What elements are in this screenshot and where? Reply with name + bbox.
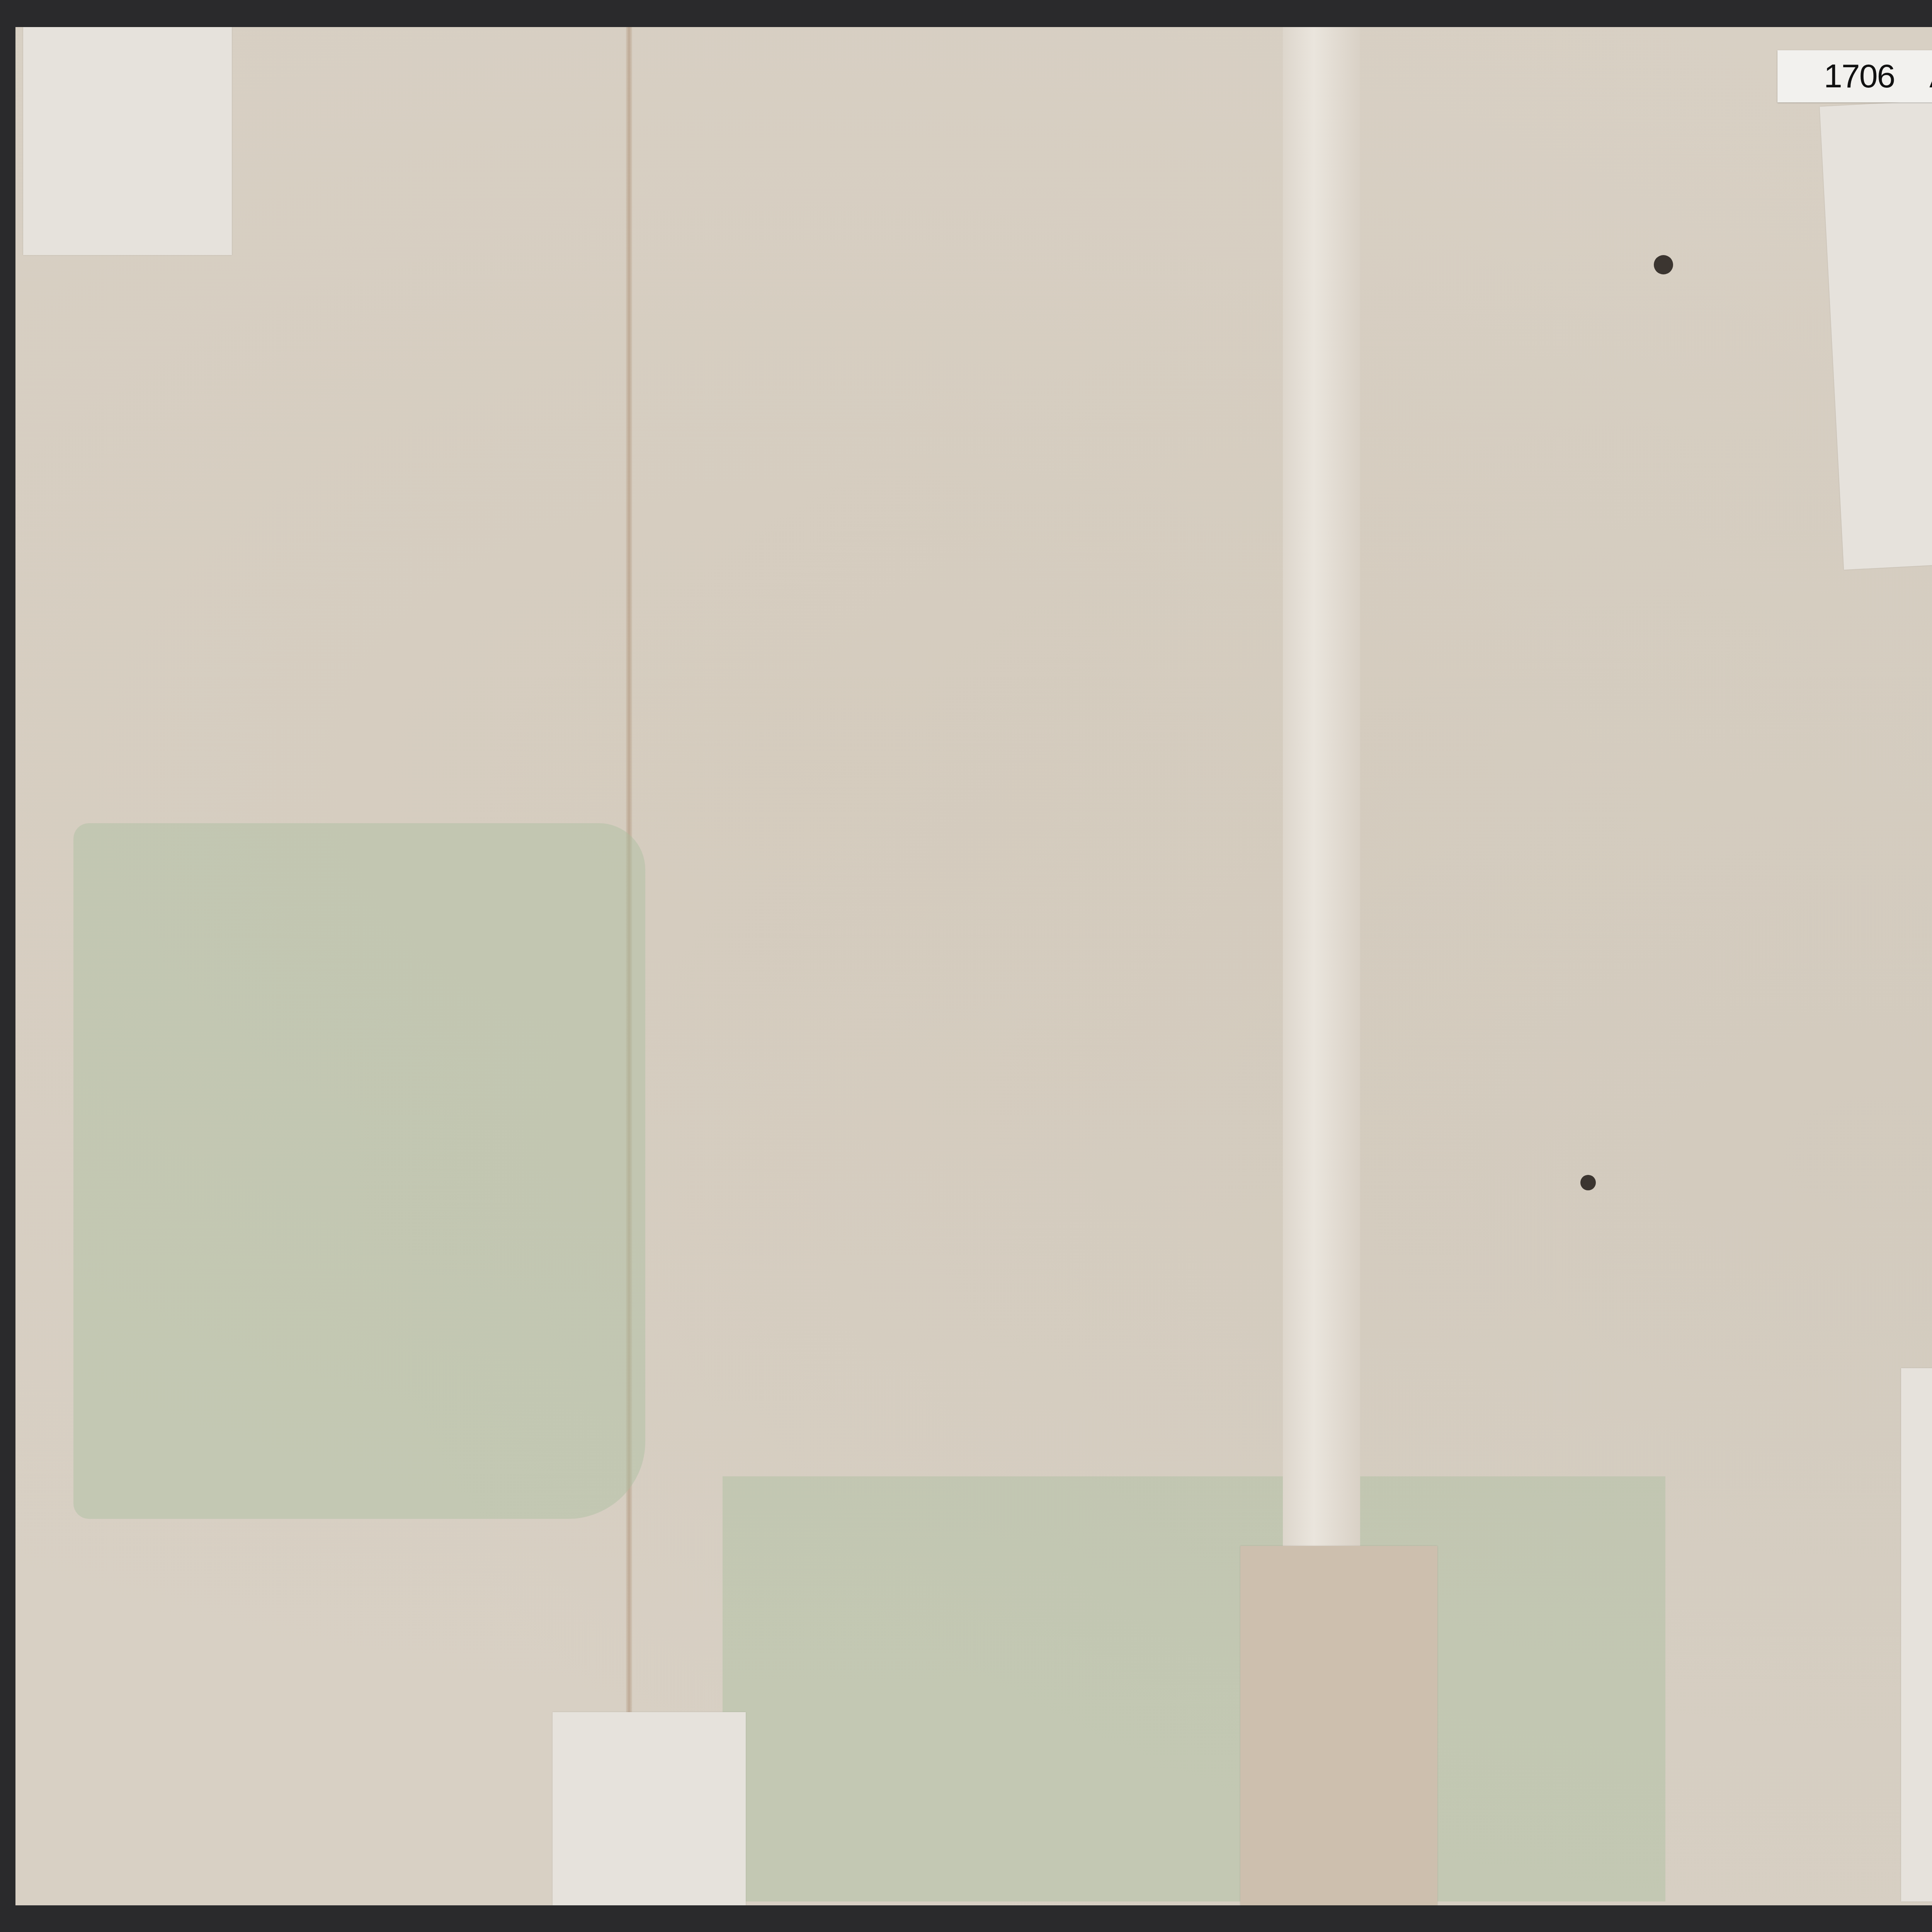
spine-repair-strip xyxy=(1283,27,1360,1573)
catalog-label: 1706 AMSTERDAM GRA/CUI LAFEUILLE 1a xyxy=(1777,50,1932,102)
label-year: 1706 xyxy=(1824,57,1895,95)
ink-spot xyxy=(1654,255,1673,274)
label-place: AMSTERDAM GRA/CUI xyxy=(1929,57,1932,95)
map-sheet-verso xyxy=(15,27,1932,1905)
tape-bottom-left xyxy=(553,1712,746,1905)
tape-bottom-center xyxy=(1240,1546,1437,1905)
green-stain-bottom xyxy=(723,1476,1665,1901)
tape-top-center-right xyxy=(1820,87,1932,570)
tape-bottom-right xyxy=(1901,1368,1932,1901)
ink-spot xyxy=(1580,1175,1596,1190)
green-stain-left xyxy=(73,823,645,1519)
tape-top-left xyxy=(23,27,232,255)
